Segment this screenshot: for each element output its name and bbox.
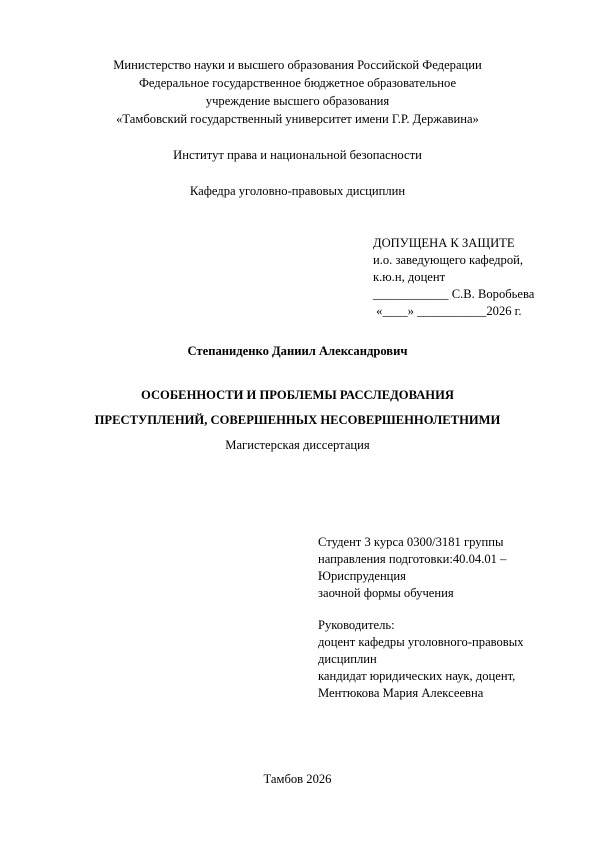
approval-line: и.о. заведующего кафедрой, [373, 253, 523, 268]
supervisor-line: дисциплин [318, 652, 377, 667]
student-line: направления подготовки:40.04.01 – [318, 552, 506, 567]
approval-title: ДОПУЩЕНА К ЗАЩИТЕ [373, 236, 515, 251]
supervisor-label: Руководитель: [318, 618, 395, 633]
student-line: Студент 3 курса 0300/3181 группы [318, 535, 503, 550]
approval-date-line: «____» ___________2026 г. [373, 304, 522, 319]
supervisor-line: доцент кафедры уголовного-правовых [318, 635, 524, 650]
student-line: заочной формы обучения [318, 586, 454, 601]
thesis-title-line: ПРЕСТУПЛЕНИЙ, СОВЕРШЕННЫХ НЕСОВЕРШЕННОЛЕ… [0, 413, 595, 428]
author-name: Степаниденко Даниил Александрович [0, 344, 595, 359]
thesis-title-line: ОСОБЕННОСТИ И ПРОБЛЕМЫ РАССЛЕДОВАНИЯ [0, 388, 595, 403]
header-line: учреждение высшего образования [0, 94, 595, 109]
supervisor-name: Ментюкова Мария Алексеевна [318, 686, 483, 701]
thesis-type: Магистерская диссертация [0, 438, 595, 453]
department-name: Кафедра уголовно-правовых дисциплин [0, 184, 595, 199]
approval-signature-line: ____________ С.В. Воробьева [373, 287, 534, 302]
header-line: Федеральное государственное бюджетное об… [0, 76, 595, 91]
institute-name: Институт права и национальной безопаснос… [0, 148, 595, 163]
student-line: Юриспруденция [318, 569, 406, 584]
approval-line: к.ю.н, доцент [373, 270, 445, 285]
header-line: «Тамбовский государственный университет … [0, 112, 595, 127]
header-line: Министерство науки и высшего образования… [0, 58, 595, 73]
supervisor-line: кандидат юридических наук, доцент, [318, 669, 515, 684]
city-year: Тамбов 2026 [0, 772, 595, 787]
